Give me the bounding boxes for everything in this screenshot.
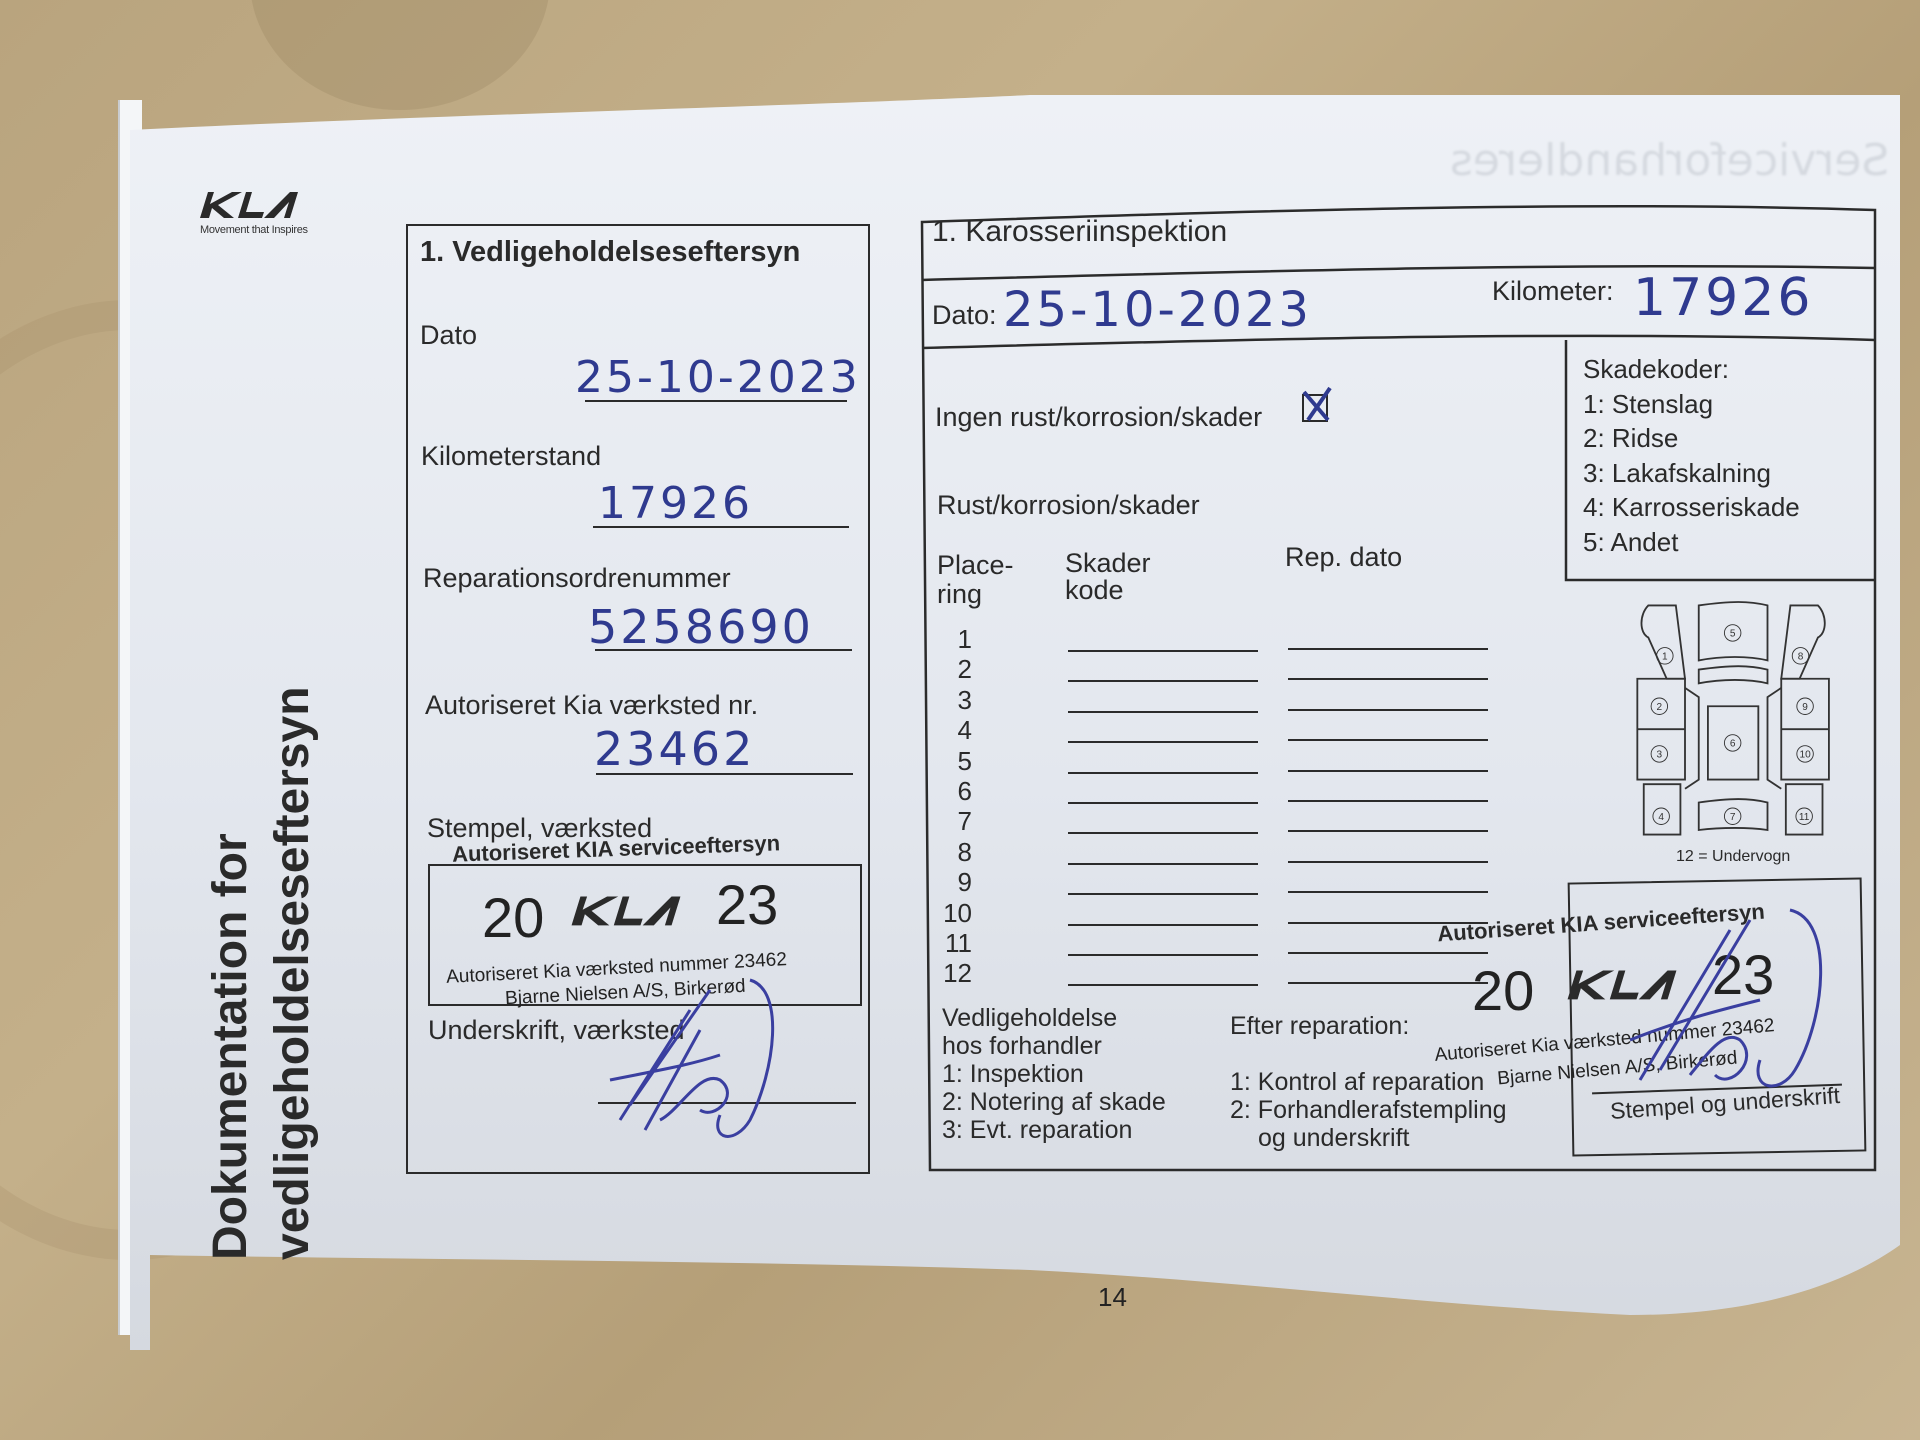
- body-date-label: Dato:: [932, 300, 997, 331]
- col-damage-code: Skader kode: [1065, 548, 1151, 606]
- damage-code-field[interactable]: [1068, 863, 1258, 865]
- mileage-value[interactable]: 17926: [598, 478, 753, 529]
- stamp-year-suffix: 23: [716, 872, 778, 937]
- row-number: 1: [932, 624, 972, 655]
- signature-scribble-icon: [600, 970, 800, 1145]
- row-number: 9: [932, 867, 972, 898]
- body-km-value[interactable]: 17926: [1633, 268, 1813, 328]
- svg-text:11: 11: [1799, 812, 1810, 823]
- col-placement-l1: Place-: [937, 550, 1014, 581]
- wood-grain: [250, 0, 550, 110]
- dealer-signature-scribble-icon: [1620, 900, 1850, 1110]
- svg-text:7: 7: [1730, 812, 1736, 823]
- dealer-stamp-year-prefix: 20: [1472, 958, 1534, 1023]
- body-km-label: Kilometer:: [1492, 276, 1614, 307]
- repair-date-field[interactable]: [1288, 952, 1488, 954]
- row-number: 4: [932, 715, 972, 746]
- svg-text:4: 4: [1658, 812, 1664, 823]
- row-number: 3: [932, 685, 972, 716]
- brand-tagline: Movement that Inspires: [200, 224, 308, 236]
- checkmark-icon: [1300, 386, 1340, 426]
- dealer-maint-title-l1: Vedligeholdelse: [942, 1004, 1166, 1032]
- svg-text:3: 3: [1657, 750, 1663, 761]
- svg-text:2: 2: [1657, 702, 1663, 713]
- col-rep-date: Rep. dato: [1285, 542, 1402, 573]
- damage-codes-title: Skadekoder:: [1583, 352, 1800, 387]
- repair-date-field[interactable]: [1288, 861, 1488, 863]
- side-title-line2: vedligeholdelseseftersyn: [262, 686, 324, 1260]
- workshop-no-value[interactable]: 23462: [594, 722, 755, 776]
- stamp-year-prefix: 20: [482, 885, 544, 950]
- workshop-no-underline: [596, 773, 853, 775]
- body-date-value[interactable]: 25-10-2023: [1003, 282, 1312, 338]
- damage-code-field[interactable]: [1068, 832, 1258, 834]
- repair-order-underline: [595, 649, 852, 651]
- repair-date-field[interactable]: [1288, 678, 1488, 680]
- repair-date-field[interactable]: [1288, 800, 1488, 802]
- damage-codes-legend: Skadekoder: 1: Stenslag2: Ridse3: Lakafs…: [1583, 352, 1800, 559]
- page-number: 14: [1098, 1282, 1127, 1313]
- row-number: 12: [932, 958, 972, 989]
- date-underline: [585, 400, 847, 402]
- damage-code-item: 3: Lakafskalning: [1583, 456, 1800, 491]
- side-title: Dokumentation for vedligeholdelsesefters…: [200, 686, 324, 1260]
- after-repair-title: Efter reparation:: [1230, 1012, 1409, 1041]
- repair-order-value[interactable]: 5258690: [588, 600, 814, 654]
- date-label: Dato: [420, 320, 477, 351]
- col-placement-l2: ring: [937, 579, 1014, 610]
- damage-code-field[interactable]: [1068, 924, 1258, 926]
- damage-code-field[interactable]: [1068, 893, 1258, 895]
- repair-date-field[interactable]: [1288, 648, 1488, 650]
- dealer-maint-item: 1: Inspektion: [942, 1060, 1166, 1088]
- row-number: 7: [932, 806, 972, 837]
- damage-code-field[interactable]: [1068, 680, 1258, 682]
- damage-code-field[interactable]: [1068, 741, 1258, 743]
- damage-code-item: 2: Ridse: [1583, 421, 1800, 456]
- date-value[interactable]: 25-10-2023: [575, 352, 861, 403]
- after-repair-item: 2: Forhandlerafstempling: [1230, 1096, 1507, 1124]
- dealer-maintenance-legend: Vedligeholdelse hos forhandler 1: Inspek…: [942, 1004, 1166, 1144]
- after-repair-item: og underskrift: [1230, 1124, 1507, 1152]
- row-number: 11: [932, 928, 972, 959]
- repair-date-field[interactable]: [1288, 770, 1488, 772]
- damage-code-item: 4: Karrosseriskade: [1583, 490, 1800, 525]
- show-through-heading: Serviceforhandleres: [1450, 135, 1889, 186]
- workshop-no-label: Autoriseret Kia værksted nr.: [425, 690, 758, 721]
- row-number: 2: [932, 654, 972, 685]
- stamp-kia-logo-icon: [566, 892, 706, 932]
- body-inspection-heading: 1. Karosseriinspektion: [932, 215, 1227, 249]
- svg-text:8: 8: [1798, 652, 1804, 663]
- mileage-label: Kilometerstand: [421, 441, 601, 472]
- col-code-l2: kode: [1065, 575, 1151, 606]
- after-repair-legend: 1: Kontrol af reparation 2: Forhandleraf…: [1230, 1068, 1507, 1152]
- diagram-caption: 12 = Undervogn: [1676, 848, 1790, 866]
- damage-code-item: 1: Stenslag: [1583, 387, 1800, 422]
- kia-logo-icon: [198, 188, 318, 224]
- svg-text:1: 1: [1662, 652, 1668, 663]
- svg-text:5: 5: [1730, 629, 1736, 640]
- row-number: 5: [932, 746, 972, 777]
- no-damage-label: Ingen rust/korrosion/skader: [935, 402, 1262, 433]
- repair-date-field[interactable]: [1288, 891, 1488, 893]
- damage-code-field[interactable]: [1068, 984, 1258, 986]
- svg-text:9: 9: [1802, 702, 1808, 713]
- damage-code-field[interactable]: [1068, 772, 1258, 774]
- damage-code-field[interactable]: [1068, 802, 1258, 804]
- repair-date-field[interactable]: [1288, 709, 1488, 711]
- repair-date-field[interactable]: [1288, 830, 1488, 832]
- row-number: 8: [932, 837, 972, 868]
- maintenance-heading: 1. Vedligeholdelseseftersyn: [420, 236, 800, 269]
- svg-text:6: 6: [1730, 739, 1736, 750]
- col-placement: Place- ring: [937, 550, 1014, 610]
- svg-text:10: 10: [1799, 750, 1811, 761]
- damage-code-field[interactable]: [1068, 650, 1258, 652]
- dealer-maint-item: 3: Evt. reparation: [942, 1116, 1166, 1144]
- dealer-maint-item: 2: Notering af skade: [942, 1088, 1166, 1116]
- row-number: 6: [932, 776, 972, 807]
- damage-code-field[interactable]: [1068, 711, 1258, 713]
- row-number: 10: [932, 898, 972, 929]
- repair-date-field[interactable]: [1288, 739, 1488, 741]
- damage-label: Rust/korrosion/skader: [937, 490, 1200, 521]
- side-title-line1: Dokumentation for: [200, 686, 262, 1260]
- mileage-underline: [593, 526, 849, 528]
- after-repair-item: 1: Kontrol af reparation: [1230, 1068, 1507, 1096]
- damage-code-field[interactable]: [1068, 954, 1258, 956]
- damage-code-item: 5: Andet: [1583, 525, 1800, 560]
- dealer-maint-title-l2: hos forhandler: [942, 1032, 1166, 1060]
- car-body-diagram-icon: 1 2 3 4 5 6 7 8 9 10 11: [1630, 595, 1850, 845]
- repair-order-label: Reparationsordrenummer: [423, 563, 731, 594]
- repair-date-field[interactable]: [1288, 982, 1488, 984]
